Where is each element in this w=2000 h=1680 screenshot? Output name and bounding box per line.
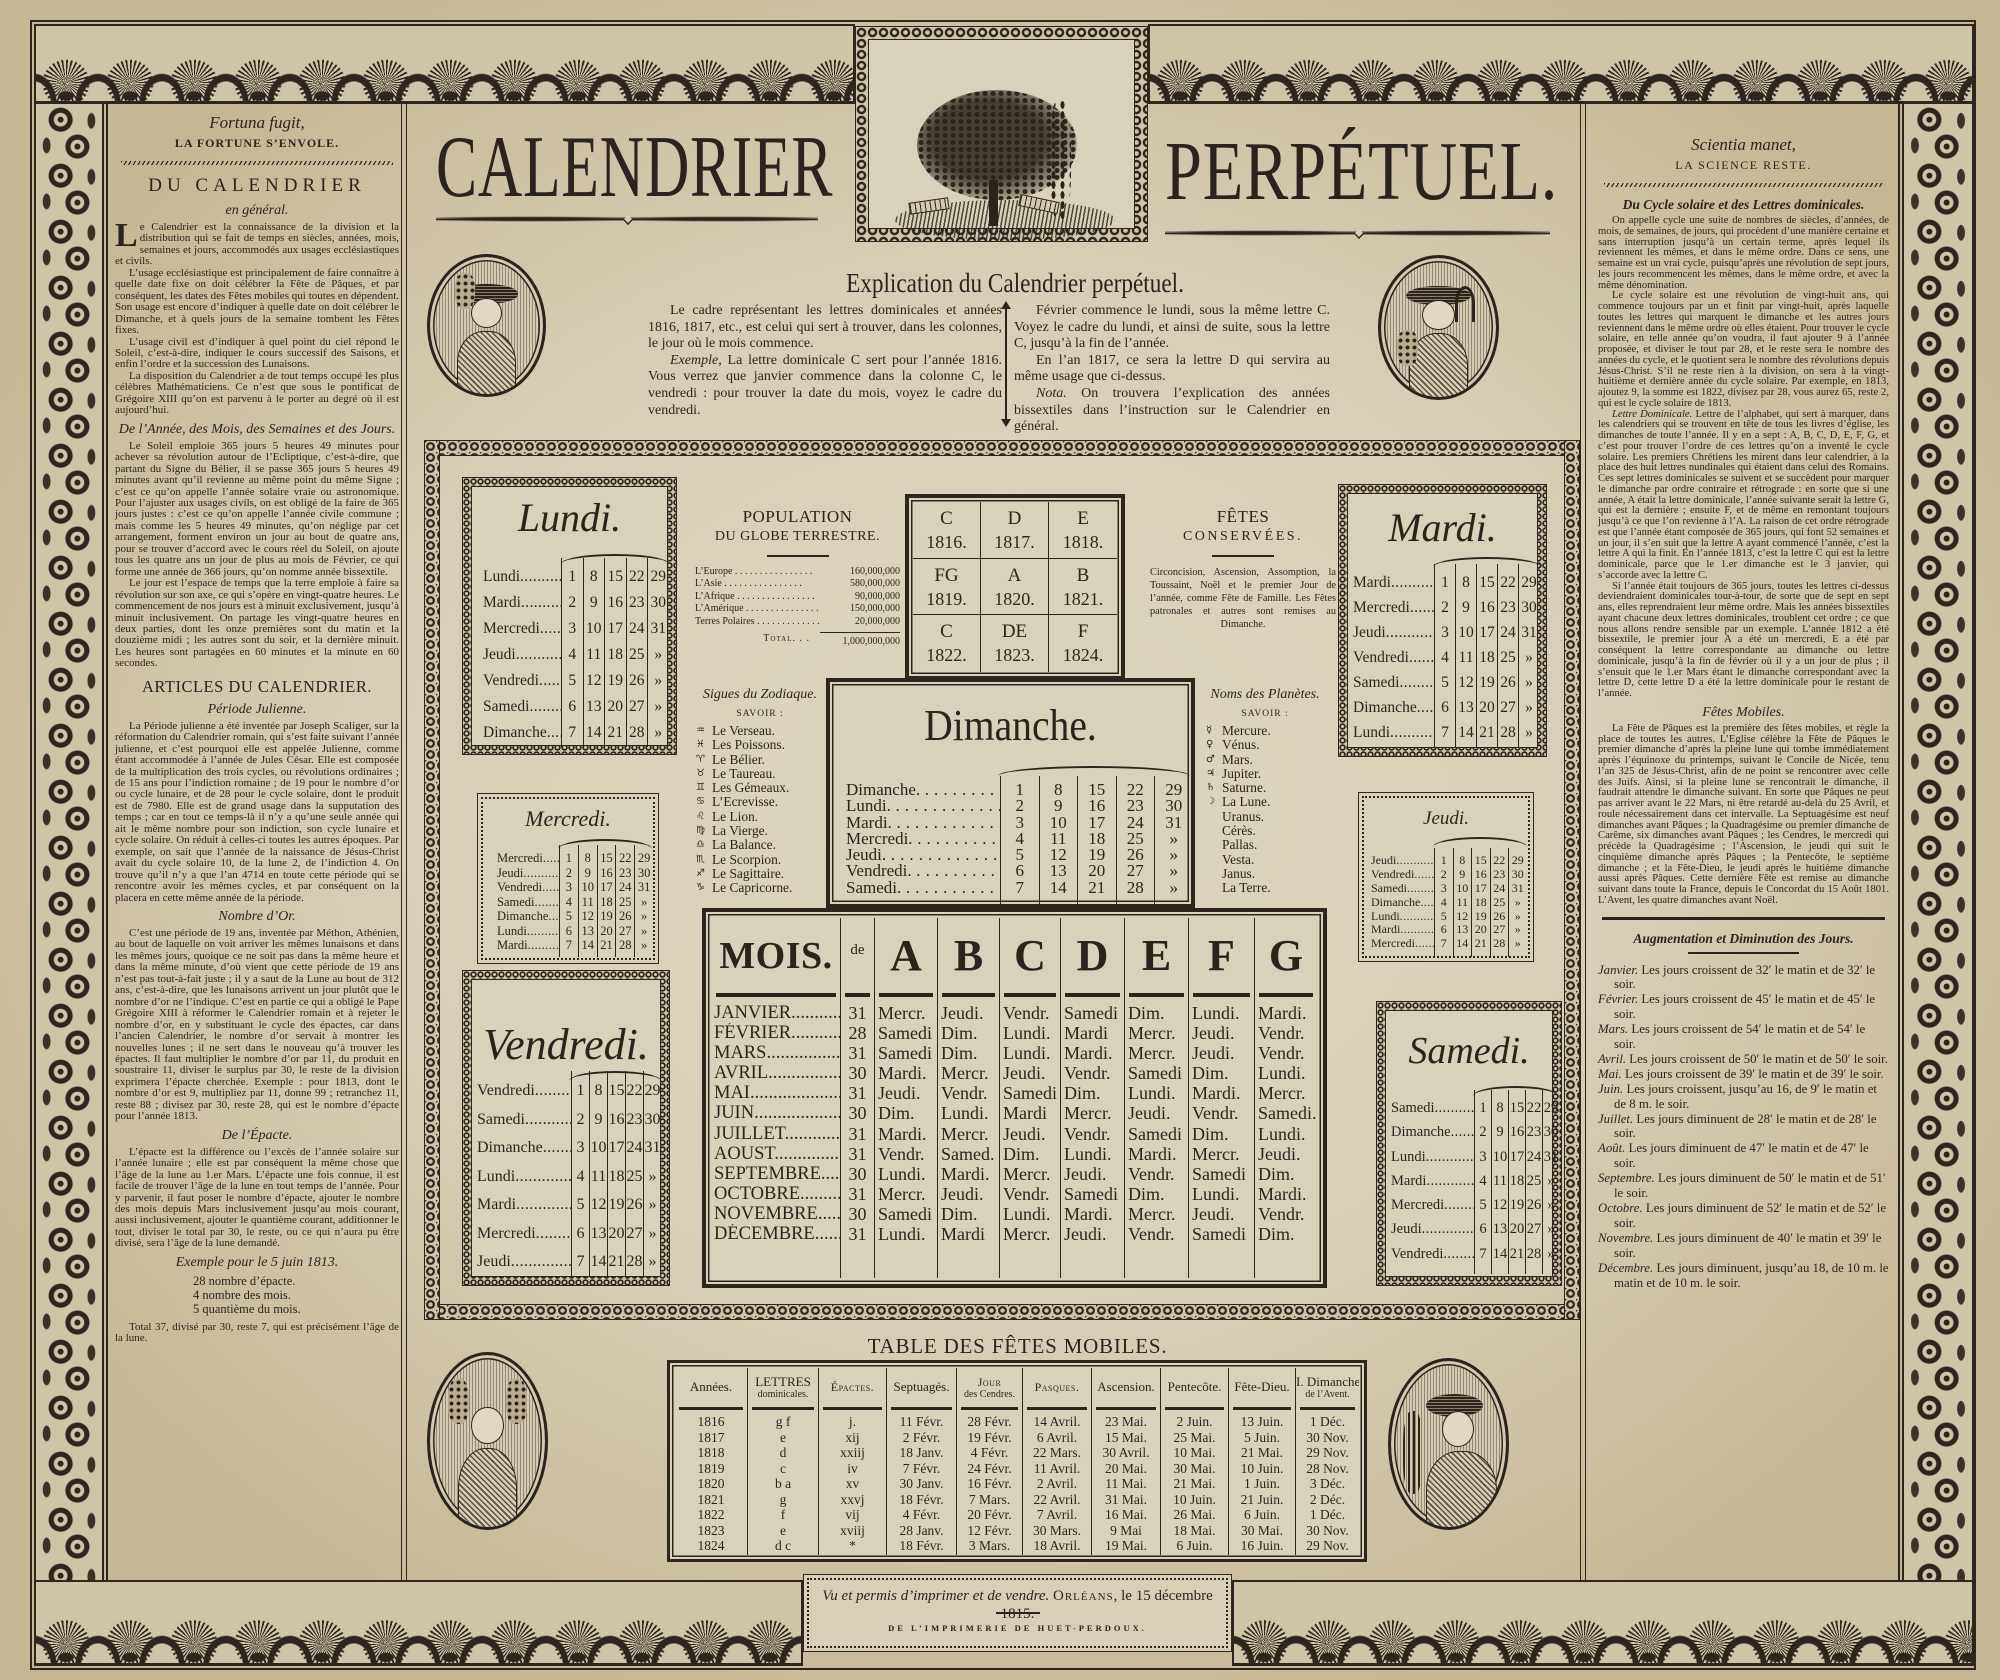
column-header-line: Septuagés. <box>887 1380 956 1394</box>
date-number: 23 <box>1497 595 1518 620</box>
date-number: » <box>647 720 669 747</box>
date-number: » <box>1508 910 1527 924</box>
date-number: 22 <box>1116 776 1155 798</box>
day-table-jeudi: Jeudi. Jeudi18152229Vendredi29162330Same… <box>1358 792 1534 962</box>
planets-item: La Terre. <box>1206 881 1332 895</box>
date-number: 15 <box>1077 776 1116 798</box>
date-number: 17 <box>1476 620 1497 645</box>
weekday-cell: Jeudi. <box>999 1124 1060 1144</box>
planets-list: ☿Mercure.♀Vénus.♂Mars.♃Jupiter.♄Saturne.… <box>1198 724 1332 896</box>
weekday-cell: Dim. <box>874 1103 937 1123</box>
date-number: 26 <box>1525 1193 1542 1217</box>
table-cell: iv <box>818 1461 886 1477</box>
zodiac-name: Le Verseau. <box>712 724 775 738</box>
zodiac-name: Le Capricorne. <box>712 881 792 895</box>
weekday-row: Jeudi7142128» <box>477 1248 661 1277</box>
divider <box>996 1612 1040 1614</box>
weekday-row: Lundi6132027» <box>497 924 653 939</box>
weekday-cell: Dim. <box>1124 1184 1188 1204</box>
table-cell: 30 Janv. <box>886 1476 956 1492</box>
weekday-name: Lundi <box>497 924 559 939</box>
weekday-cell: Mercr. <box>1124 1023 1188 1043</box>
paragraph-lead: Juillet. <box>1598 1112 1633 1126</box>
weekday-cell: Samedi <box>999 1083 1060 1103</box>
table-cell: 22 Mars. <box>1022 1445 1091 1461</box>
text: Les jours diminuent, jusqu’au 18, de 10 … <box>1614 1261 1889 1290</box>
paragraph-lead: Avril. <box>1598 1052 1626 1066</box>
weekday-name: Dimanche <box>497 909 559 924</box>
text: Le cycle solaire est une révolution de v… <box>1598 290 1889 409</box>
weekday-row: Samedi18152229 <box>1391 1096 1559 1120</box>
weekday-row: Dimanche29162330 <box>1391 1120 1559 1144</box>
table-cell: 9 Mai <box>1091 1523 1160 1539</box>
date-number: » <box>643 1220 661 1249</box>
date-number: 5 <box>1474 1193 1491 1217</box>
planets-name: Janus. <box>1222 867 1255 881</box>
date-number: 11 <box>578 895 597 910</box>
date-number: 17 <box>1471 882 1490 896</box>
text: Exemple pour le 5 juin 1813. <box>176 1255 339 1270</box>
date-number: 19 <box>1508 1193 1525 1217</box>
weekday-name: Jeudi <box>1371 854 1434 868</box>
leo-icon: ♌ <box>696 810 712 824</box>
zodiac-name: Le Lion. <box>712 810 758 824</box>
month-name: AVRIL <box>712 1063 840 1083</box>
month-name: JUIN <box>712 1103 840 1123</box>
table-cell: 1816 <box>675 1414 747 1430</box>
text: De l’Épacte. <box>222 1128 293 1143</box>
date-number: » <box>1508 896 1527 910</box>
date-number: 26 <box>615 909 634 924</box>
date-number: » <box>647 668 669 694</box>
scorpio-icon: ♏ <box>696 853 712 867</box>
date-number: 24 <box>1497 620 1518 645</box>
date-number: 21 <box>1077 880 1116 905</box>
weekday-name: Jeudi. <box>846 847 1000 863</box>
dominical-letter-cell: C1816. <box>913 502 981 559</box>
weekday-cell: Mardi. <box>1254 1184 1317 1204</box>
text: Période Julienne. <box>208 702 307 717</box>
flower-basket-icon <box>455 273 475 309</box>
table-cell: 3 Mars. <box>956 1538 1022 1554</box>
weekday-row: Samedi4111825» <box>497 895 653 910</box>
weekday-row: Mardi18152229 <box>1353 570 1539 595</box>
date-number: 5 <box>559 909 578 924</box>
weekday-row: Vendredi310172431 <box>497 880 653 895</box>
date-number: 15 <box>597 845 616 866</box>
brace <box>998 766 1190 776</box>
zodiac-name: L’Ecrevisse. <box>712 795 778 809</box>
table-cell: xxiij <box>818 1445 886 1461</box>
day-table-samedi: Samedi. Samedi18152229Dimanche29162330Lu… <box>1376 1001 1562 1286</box>
right-column-double-rule <box>1580 104 1586 1580</box>
date-number: 22 <box>626 558 648 590</box>
section-heading: en général. <box>115 203 399 219</box>
date-number: 1 <box>561 558 583 590</box>
table-cell: 1822 <box>675 1507 747 1523</box>
explication-left-text: Le cadre représentant les lettres domini… <box>648 303 1002 419</box>
month-entry: Novembre. Les jours diminuent de 40′ le … <box>1598 1231 1889 1261</box>
date-number: 11 <box>589 1163 607 1192</box>
date-number: 12 <box>589 1191 607 1220</box>
goblet-icon <box>448 1379 469 1424</box>
date-number: 13 <box>589 1220 607 1249</box>
figure-head <box>471 1407 503 1445</box>
weekday-name: Jeudi <box>477 1248 571 1277</box>
weekday-cell: Mercr. <box>874 1184 937 1204</box>
date-number: 19 <box>1471 910 1490 924</box>
month-name: SEPTEMBRE. <box>712 1164 840 1184</box>
weekday-row: Jeudi6132027» <box>1391 1217 1559 1241</box>
table-spacer <box>874 1244 937 1278</box>
weekday-cell: Vendr. <box>999 1184 1060 1204</box>
weekday-cell: Samedi <box>1060 1003 1124 1023</box>
calculation-line: 4 nombre des mois. <box>115 1288 399 1302</box>
section-heading: Fêtes Mobiles. <box>1598 705 1889 721</box>
text: Si l’année était toujours de 365 jours, … <box>1598 581 1889 700</box>
paragraph: C’est une période de 19 ans, inventée pa… <box>115 928 399 1123</box>
column-header-line: Jour <box>957 1375 1022 1389</box>
weekday-cell: Lundi. <box>1254 1063 1317 1083</box>
weekday-row: Lundi4111825» <box>477 1163 661 1192</box>
weekday-cell: Lundi. <box>1060 1144 1124 1164</box>
zodiac-title: Sigues du Zodiaque. <box>696 686 824 704</box>
weekday-cell: Mardi. <box>937 1164 999 1184</box>
weekday-row: Jeudi29162330 <box>497 866 653 881</box>
region-name: L’Europe <box>695 566 820 578</box>
dominical-letter: D <box>981 508 1048 530</box>
table-cell: 21 Mai. <box>1160 1476 1228 1492</box>
weekday-row: Lundi18152229 <box>483 564 669 590</box>
table-cell: 2 Avril. <box>1022 1476 1091 1492</box>
motto-latin: Fortuna fugit, <box>115 112 399 134</box>
paragraph-lead: Décembre. <box>1598 1261 1653 1275</box>
weekday-cell: Samed. <box>937 1144 999 1164</box>
weekday-name: Vendredi <box>497 880 559 895</box>
paragraph: Le cycle solaire est une révolution de v… <box>1598 291 1889 409</box>
text: Les jours croissent de 45′ le matin et d… <box>1614 992 1875 1021</box>
date-number: 9 <box>589 1106 607 1135</box>
weekday-cell: Mercr. <box>999 1164 1060 1184</box>
year: 1819. <box>913 587 980 611</box>
weekday-cell: Vendr. <box>1188 1103 1254 1123</box>
table-cell: c <box>747 1461 818 1477</box>
date-number: 10 <box>583 616 605 642</box>
venus-icon: ♀ <box>1206 738 1222 752</box>
date-number: 21 <box>604 720 626 747</box>
date-number: 1 <box>1474 1090 1491 1120</box>
table-spacer <box>712 1244 840 1278</box>
weekday-name: Vendredi <box>1353 645 1434 670</box>
planets-item: ♀Vénus. <box>1206 738 1332 752</box>
month-length: 30 <box>840 1164 874 1184</box>
weekday-name: Vendredi <box>483 668 561 694</box>
population-list: L’Europe160,000,000L’Asie580,000,000L’Af… <box>695 566 900 628</box>
table-cell: 2 Févr. <box>886 1430 956 1446</box>
date-number: 27 <box>1497 695 1518 720</box>
paragraph-lead: Novembre. <box>1598 1231 1653 1245</box>
fetes-conservees-subtitle: CONSERVÉES. <box>1150 528 1336 546</box>
table-cell: vij <box>818 1507 886 1523</box>
date-number: 20 <box>1471 923 1490 937</box>
zodiac-item: ♎La Balance. <box>696 838 824 852</box>
weekday-cell: Mardi. <box>1124 1144 1188 1164</box>
weekday-cell: Lundi. <box>1124 1083 1188 1103</box>
column-header-letter: D <box>1060 918 1124 1003</box>
paragraph-lead: Août. <box>1598 1141 1625 1155</box>
date-number: » <box>647 642 669 668</box>
table-spacer <box>1188 1244 1254 1278</box>
date-number: 4 <box>559 895 578 910</box>
date-number: 20 <box>604 694 626 720</box>
zodiac-name: Le Bélier. <box>712 753 765 767</box>
zodiac-name: La Vierge. <box>712 824 768 838</box>
table-spacer <box>1124 1244 1188 1278</box>
date-number: 12 <box>1491 1193 1508 1217</box>
date-number: 28 <box>615 938 634 957</box>
date-number: 19 <box>597 909 616 924</box>
table-cell: 30 Avril. <box>1091 1445 1160 1461</box>
table-cell: 11 Févr. <box>886 1414 956 1430</box>
weekday-cell: Jeudi. <box>1060 1224 1124 1244</box>
day-table-body: Jeudi18152229Vendredi29162330Samedi31017… <box>1371 854 1527 957</box>
date-number: 25 <box>1490 896 1509 910</box>
zodiac-list: ♒Le Verseau.♓Les Poissons.♈Le Bélier.♉Le… <box>696 724 824 896</box>
zodiac-item: ♉Le Taureau. <box>696 767 824 781</box>
year: 1821. <box>1049 587 1117 611</box>
date-number: 25 <box>626 642 648 668</box>
date-number: 26 <box>626 668 648 694</box>
date-number: 24 <box>626 616 648 642</box>
planets-title: Noms des Planètes. <box>1198 686 1332 704</box>
date-number: » <box>1542 1193 1559 1217</box>
paragraph: Nota. On trouvera l’explication des anné… <box>1014 386 1330 436</box>
planets-name: Pallas. <box>1222 838 1257 852</box>
population-row: L’Amérique150,000,000 <box>695 603 900 615</box>
symbol-spacer <box>1206 853 1222 867</box>
weekday-name: Lundi. <box>846 798 1000 814</box>
planets-item: Cérès. <box>1206 824 1332 838</box>
date-number: 5 <box>571 1191 589 1220</box>
text: Les jours croissent de 50′ le matin et d… <box>1629 1052 1888 1066</box>
symbol-spacer <box>1206 838 1222 852</box>
date-number: 27 <box>615 924 634 939</box>
column-header-letter: B <box>937 918 999 1003</box>
weekday-cell: Mercr. <box>1060 1103 1124 1123</box>
day-table-body: Mardi18152229Mercredi29162330Jeudi310172… <box>1353 570 1539 748</box>
ornamental-frieze-top-right <box>1148 24 1974 104</box>
year: 1818. <box>1049 530 1117 554</box>
date-number: 11 <box>583 642 605 668</box>
text: 28 nombre d’épacte. <box>193 1274 295 1288</box>
weekday-row: Samedi.7142128» <box>846 880 1193 905</box>
planets-item: Pallas. <box>1206 838 1332 852</box>
date-number: » <box>1542 1169 1559 1193</box>
text: en général. <box>226 203 289 218</box>
table-cell: 22 Avril. <box>1022 1492 1091 1508</box>
pisces-icon: ♓ <box>696 738 712 752</box>
figure-body <box>1426 1451 1497 1530</box>
month-entry: Mars. Les jours croissent de 54′ le mati… <box>1598 1022 1889 1052</box>
table-cell: xviij <box>818 1523 886 1539</box>
date-number: 22 <box>1490 848 1509 868</box>
date-number: 16 <box>1508 1120 1525 1144</box>
column-header: Fête-Dieu. <box>1228 1368 1295 1414</box>
date-number: 3 <box>1474 1145 1491 1169</box>
column-header-letter: F <box>1188 918 1254 1003</box>
table-cell: 18 Janv. <box>886 1445 956 1461</box>
table-cell: j. <box>818 1414 886 1430</box>
month-entry: Juin. Les jours croissent, jusqu’au 16, … <box>1598 1082 1889 1112</box>
day-table-mercredi: Mercredi. Mercredi18152229Jeudi29162330V… <box>477 793 659 964</box>
weekday-cell: Vendr. <box>937 1083 999 1103</box>
section-heading: ARTICLES DU CALENDRIER. <box>115 677 399 697</box>
weekday-name: Lundi <box>1353 720 1434 745</box>
date-number: 21 <box>1508 1242 1525 1274</box>
weekday-cell: Mercr. <box>999 1224 1060 1244</box>
date-number: 27 <box>1525 1217 1542 1241</box>
population-row: L’Asie580,000,000 <box>695 578 900 590</box>
table-cell: xv <box>818 1476 886 1492</box>
table-cell: 16 Févr. <box>956 1476 1022 1492</box>
month-entry: Mai. Les jours croissent de 39′ le matin… <box>1598 1067 1889 1082</box>
date-number: 4 <box>561 642 583 668</box>
zodiac-name: Les Poissons. <box>712 738 785 752</box>
text: Les jours diminuent de 40′ le matin et 3… <box>1614 1231 1881 1260</box>
table-cell: 5 Juin. <box>1228 1430 1295 1446</box>
medallion-woman-sickle <box>1378 255 1499 400</box>
date-number: 10 <box>589 1134 607 1163</box>
date-number: 29 <box>634 845 653 866</box>
paragraph-lead: Septembre. <box>1598 1171 1655 1185</box>
date-number: 29 <box>647 558 669 590</box>
text: La Fête de Pâques est la première des fê… <box>1598 723 1889 906</box>
date-number: 14 <box>589 1248 607 1277</box>
population-block: POPULATION DU GLOBE TERRESTRE. L’Europe1… <box>695 506 900 671</box>
population-value: 20,000,000 <box>820 616 900 628</box>
paragraph-lead: Octobre. <box>1598 1201 1643 1215</box>
text: Le cadre représentant les lettres domini… <box>648 303 1002 351</box>
table-cell: 1819 <box>675 1461 747 1477</box>
table-cell: 7 Avril. <box>1022 1507 1091 1523</box>
paragraph: L’usage ecclésiastique est principalemen… <box>115 268 399 337</box>
weekday-cell: Samedi <box>874 1043 937 1063</box>
date-number: 9 <box>1453 868 1472 882</box>
weekday-row: Vendredi4111825» <box>1353 645 1539 670</box>
weekday-name: Vendredi. <box>846 863 1000 879</box>
date-number: 18 <box>1476 645 1497 670</box>
text: Les jours diminuent de 50′ le matin et d… <box>1614 1171 1886 1200</box>
weekday-name: Mercredi <box>1391 1193 1474 1217</box>
table-cell: 24 Févr. <box>956 1461 1022 1477</box>
population-subtitle: DU GLOBE TERRESTRE. <box>695 528 900 546</box>
total-value: 1,000,000,000 <box>820 632 900 649</box>
weekday-name: Samedi <box>483 694 561 720</box>
left-column-text: DU CALENDRIERen général.Le Calendrier es… <box>115 174 399 1345</box>
date-number: » <box>643 1163 661 1192</box>
zodiac-item: ♍La Vierge. <box>696 824 824 838</box>
date-number: 24 <box>625 1134 643 1163</box>
table-cell: 1823 <box>675 1523 747 1539</box>
weekday-cell: Dim. <box>1124 1003 1188 1023</box>
date-number: 31 <box>1518 620 1539 645</box>
weekday-row: Mercredi18152229 <box>497 851 653 866</box>
jupiter-icon: ♃ <box>1206 767 1222 781</box>
date-number: 26 <box>625 1191 643 1220</box>
date-number: 21 <box>1476 720 1497 748</box>
table-spacer <box>956 1554 1022 1555</box>
date-number: 12 <box>578 909 597 924</box>
mercury-icon: ☿ <box>1206 724 1222 738</box>
table-spacer <box>937 1244 999 1278</box>
figure-body <box>457 331 516 397</box>
table-cell: 28 Janv. <box>886 1523 956 1539</box>
day-table-lundi: Lundi. Lundi18152229Mardi29162330Mercred… <box>462 477 677 755</box>
zodiac-savoir: SAVOIR : <box>696 704 824 724</box>
zodiac-item: ♏Le Scorpion. <box>696 853 824 867</box>
column-header: LETTRESdominicales. <box>747 1368 818 1414</box>
brace <box>1433 837 1527 847</box>
text: On appelle cycle une suite de nombres de… <box>1598 215 1889 291</box>
date-number: 24 <box>1525 1145 1542 1169</box>
date-number: 24 <box>1490 882 1509 896</box>
table-cell: 6 Avril. <box>1022 1430 1091 1446</box>
date-number: 4 <box>1434 896 1453 910</box>
section-heading: Période Julienne. <box>115 702 399 718</box>
date-number: 2 <box>559 866 578 881</box>
zodiac-name: Les Gémeaux. <box>712 781 789 795</box>
table-cell: 1821 <box>675 1492 747 1508</box>
date-number: 23 <box>626 590 648 616</box>
dominical-letter-cell: A1820. <box>981 559 1049 616</box>
population-value: 90,000,000 <box>820 591 900 603</box>
weekday-cell: Jeudi. <box>1188 1043 1254 1063</box>
weekday-row: Mardi7142128» <box>497 938 653 957</box>
symbol-spacer <box>1206 810 1222 824</box>
weekday-name: Vendredi <box>1391 1242 1474 1266</box>
date-number: 20 <box>597 924 616 939</box>
planets-name: Mars. <box>1222 753 1253 767</box>
text: Les jours croissent de 32′ le matin et d… <box>1614 963 1875 992</box>
weekday-row: Vendredi5121926» <box>483 668 669 694</box>
day-table-body: Vendredi18152229Samedi29162330Dimanche31… <box>477 1077 661 1277</box>
weekday-name: Samedi <box>1371 882 1434 896</box>
date-number: 8 <box>1453 848 1472 868</box>
table-cell: 3 Déc. <box>1295 1476 1359 1492</box>
paragraph: En l’an 1817, ce sera la lettre D qui se… <box>1014 353 1330 386</box>
table-cell: 6 Juin. <box>1160 1538 1228 1554</box>
weekday-cell: Vendr. <box>1254 1204 1317 1224</box>
weekday-cell: Dim. <box>1188 1063 1254 1083</box>
date-number: 5 <box>561 668 583 694</box>
text: Les jours diminuent de 52′ le matin et d… <box>1614 1201 1886 1230</box>
weekday-row: Samedi29162330 <box>477 1106 661 1135</box>
date-number: 27 <box>1490 923 1509 937</box>
date-number: 5 <box>1434 670 1455 695</box>
table-cell: 29 Nov. <box>1295 1445 1359 1461</box>
weekday-cell: Lundi. <box>999 1204 1060 1224</box>
explication-right-text: Février commence le lundi, sous la même … <box>1014 303 1330 436</box>
paragraph-lead: Nota. <box>1036 386 1067 401</box>
planets-name: Uranus. <box>1222 810 1264 824</box>
date-number: » <box>1518 670 1539 695</box>
dominical-letter: DE <box>981 621 1048 643</box>
date-number: 27 <box>626 694 648 720</box>
table-spacer <box>1160 1554 1228 1555</box>
table-cell: e <box>747 1523 818 1539</box>
population-row: Terres Polaires20,000,000 <box>695 616 900 628</box>
dominical-letter: C <box>913 621 980 643</box>
